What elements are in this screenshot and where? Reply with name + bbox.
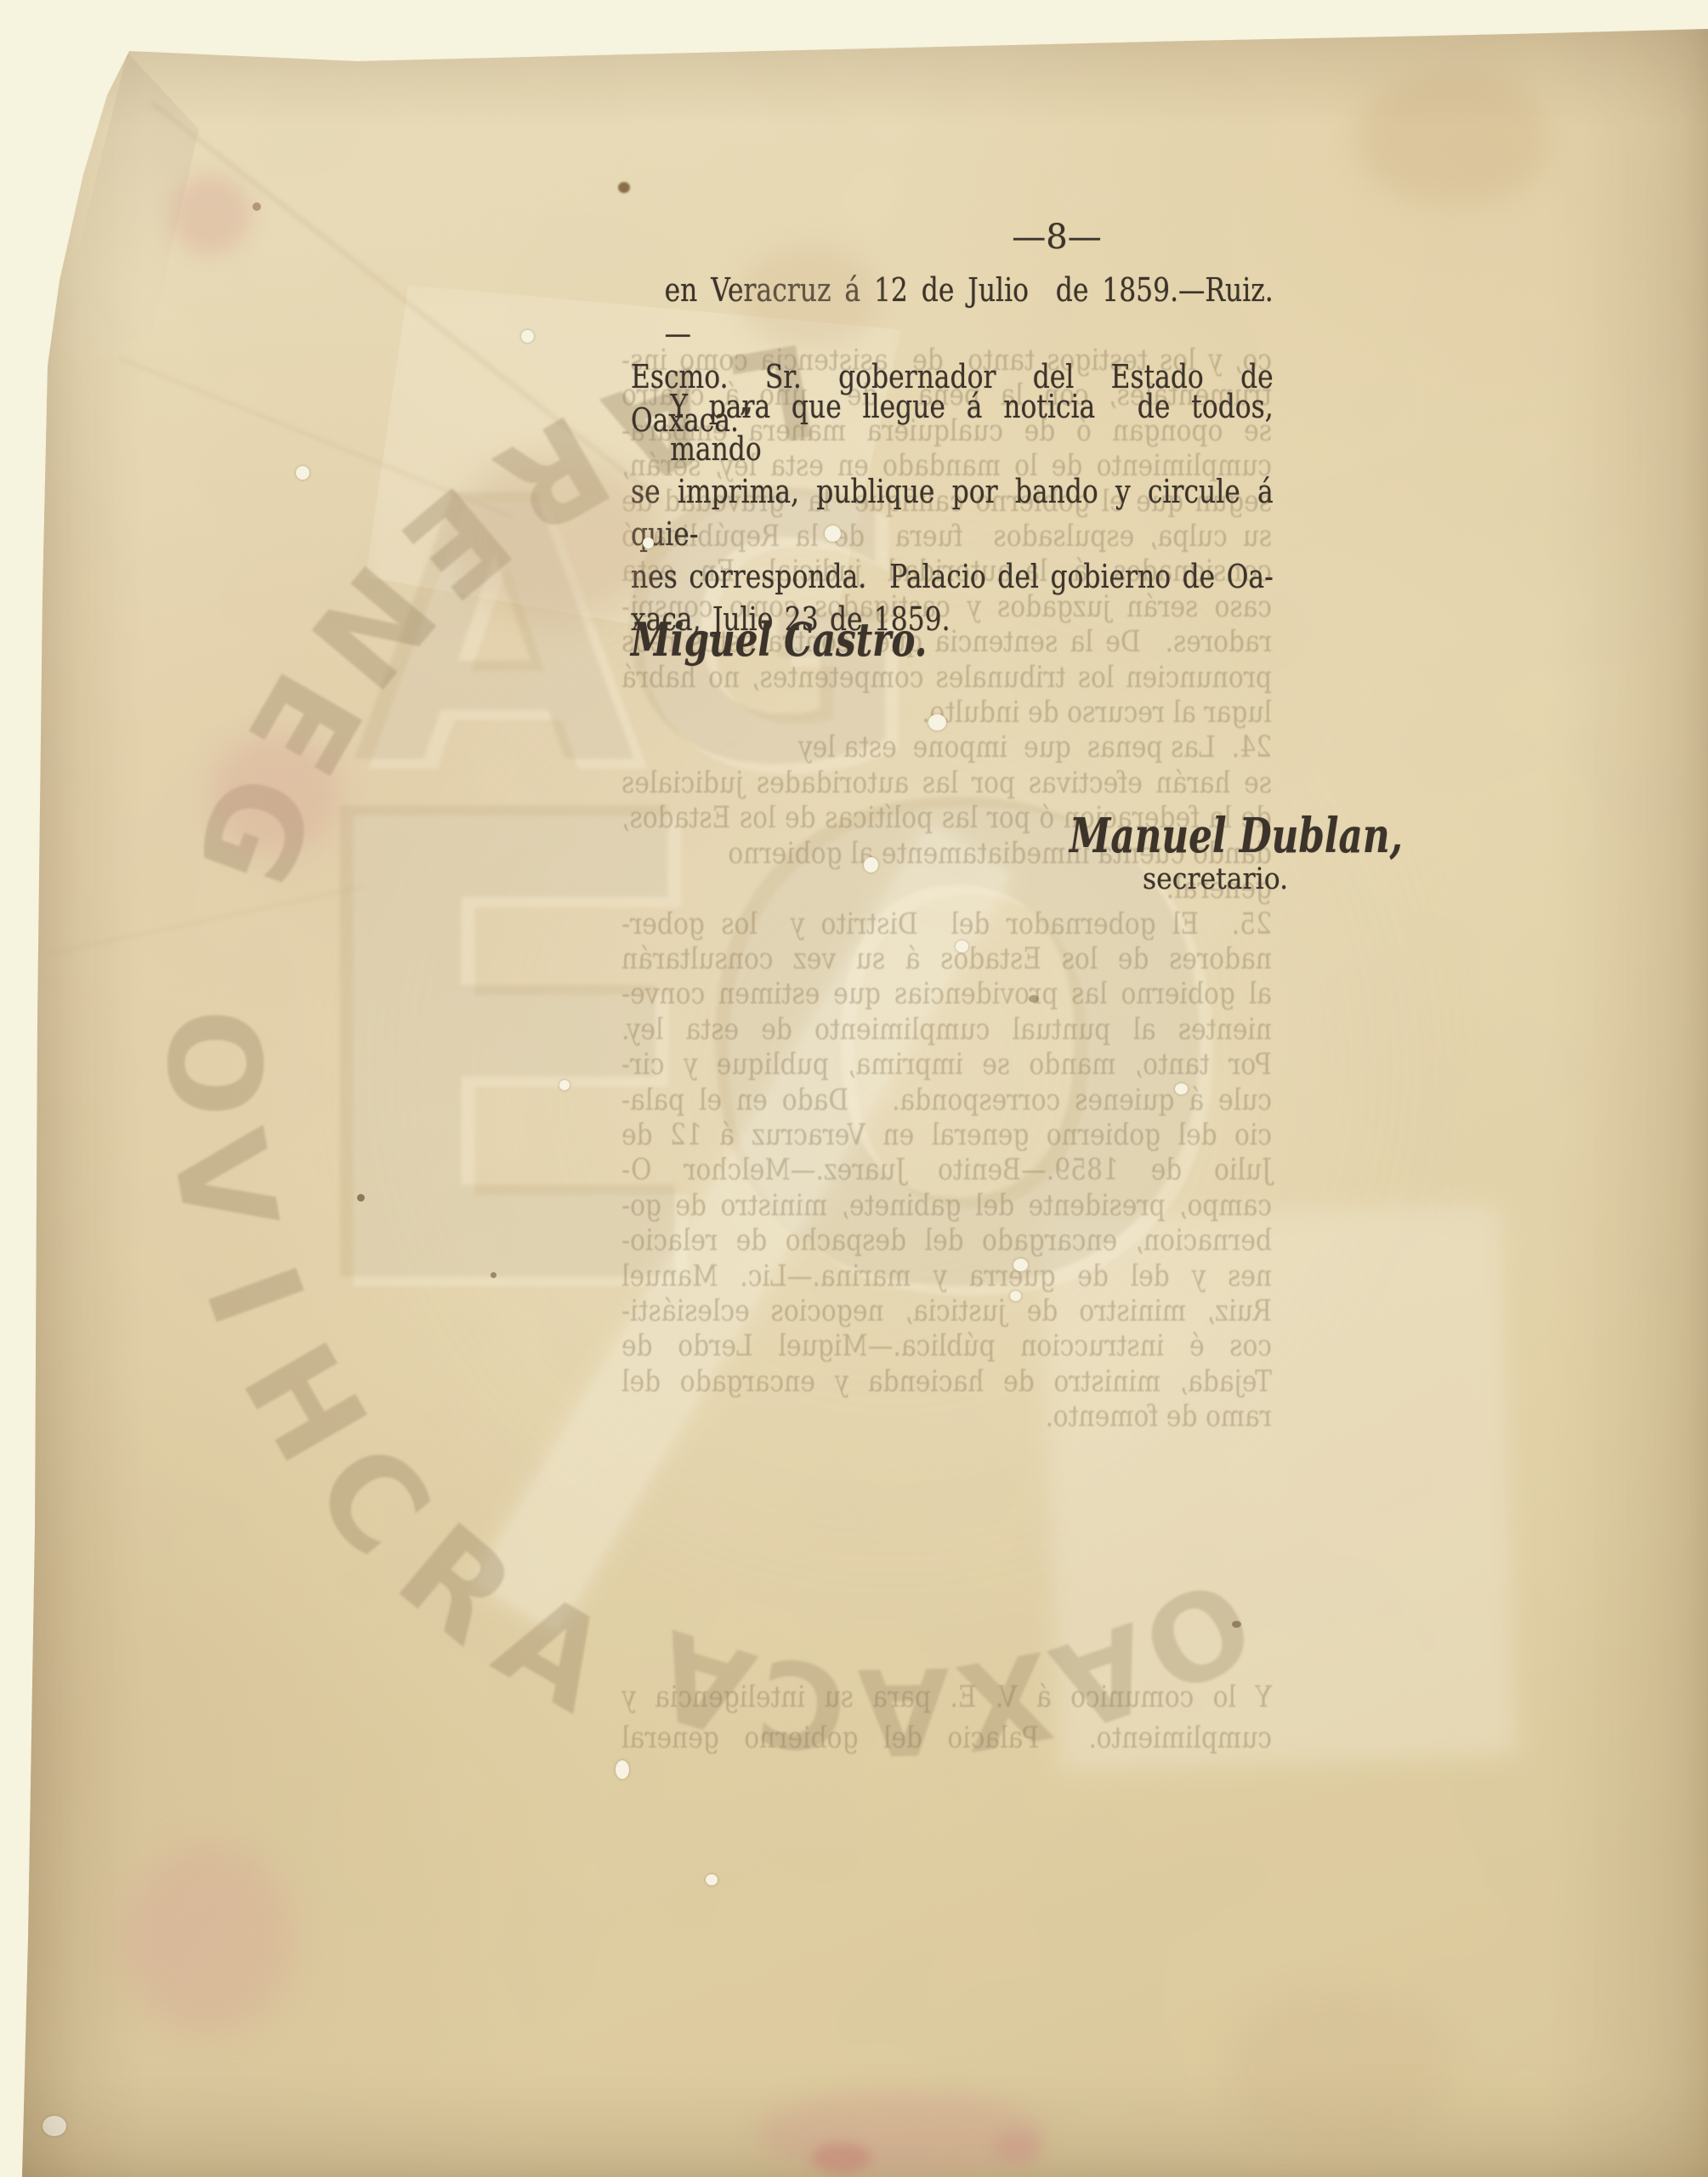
ink-speck <box>1232 1621 1241 1628</box>
scanned-document: AG EO ARCHIVOGENERAL OAXACA co, y los te… <box>0 0 1708 2177</box>
text-line: en Veracruz á 12 de Julio de 1859.—Ruiz.… <box>631 269 1274 355</box>
paper-hole <box>956 941 968 952</box>
ink-speck <box>491 1272 497 1278</box>
text-line: 25. El gobernador del Distrito y los gob… <box>621 907 1272 942</box>
paper-hole <box>928 714 946 730</box>
ink-speck <box>1029 995 1039 1003</box>
bleedthrough-closing-text: Y lo comunico á V. E. para su inteligenc… <box>621 1677 1272 1759</box>
text-line: Ruiz, ministro de justicia, negocios ecl… <box>621 1294 1272 1329</box>
text-line: al gobierno las providencias que estimen… <box>621 977 1272 1012</box>
paper-hole <box>43 2116 66 2136</box>
paper-hole <box>616 1760 629 1779</box>
text-line: ramo de fomento. <box>621 1400 1272 1435</box>
text-line: nadores de los Estados á su vez consulta… <box>621 942 1272 977</box>
paper-hole <box>1013 1259 1028 1271</box>
text-line: nientes al puntual cumplimiento de esta … <box>621 1013 1272 1048</box>
document-page: AG EO ARCHIVOGENERAL OAXACA co, y los te… <box>0 0 1708 2177</box>
promulgation-paragraph: Y para que llegue á noticia de todos, ma… <box>631 385 1274 640</box>
paper-hole <box>825 526 841 542</box>
ink-speck <box>357 1194 365 1202</box>
text-line: Por tanto, mando se imprima, publique y … <box>621 1048 1272 1083</box>
text-line: se harán efectivas por las autoridades j… <box>621 766 1272 801</box>
text-line: se imprima, publique por bando y circule… <box>631 470 1274 555</box>
paper-hole <box>559 1080 570 1090</box>
text-line: Y para que llegue á noticia de todos, ma… <box>631 385 1274 470</box>
paper-hole <box>706 1874 718 1885</box>
text-line: lugar al recurso de indulto. <box>621 696 1272 730</box>
text-line: cio del gobierno general en Veracruz á 1… <box>621 1118 1272 1153</box>
paper-hole <box>1010 1291 1021 1301</box>
signature-manuel-dublan: Manuel Dublan, <box>1070 808 1403 864</box>
ink-speck <box>253 202 261 211</box>
paper-hole <box>296 466 309 480</box>
page-number: —8— <box>993 218 1121 257</box>
text-line: nes y del de guerra y marina.—Lic. Manue… <box>621 1259 1272 1294</box>
signature-miguel-castro: Miguel Castro. <box>631 612 927 667</box>
text-line: Y lo comunico á V. E. para su inteligenc… <box>621 1677 1272 1718</box>
text-line: bernacion, encargado del despacho de rel… <box>621 1224 1272 1259</box>
paper-hole <box>643 537 654 549</box>
paper-hole <box>521 330 534 343</box>
paper-hole <box>864 857 878 873</box>
ink-speck <box>618 182 630 193</box>
text-line: Julio de 1859.—Benito Juarez.—Melchor O- <box>621 1153 1272 1188</box>
paper-hole <box>1175 1083 1188 1094</box>
text-line: 24. Las penas que impone esta ley <box>621 730 1272 765</box>
text-line: cumplimiento. Palacio del gobierno gener… <box>621 1718 1272 1759</box>
text-line: cos é instruccion pública.—Miguel Lerdo … <box>621 1329 1272 1364</box>
text-line: Tejada, ministro de hacienda y encargado… <box>621 1365 1272 1400</box>
secretary-title: secretario. <box>1143 862 1288 896</box>
text-line: nes corresponda. Palacio del gobierno de… <box>631 555 1274 598</box>
text-line: campo, presidente del gabinete, ministro… <box>621 1189 1272 1224</box>
